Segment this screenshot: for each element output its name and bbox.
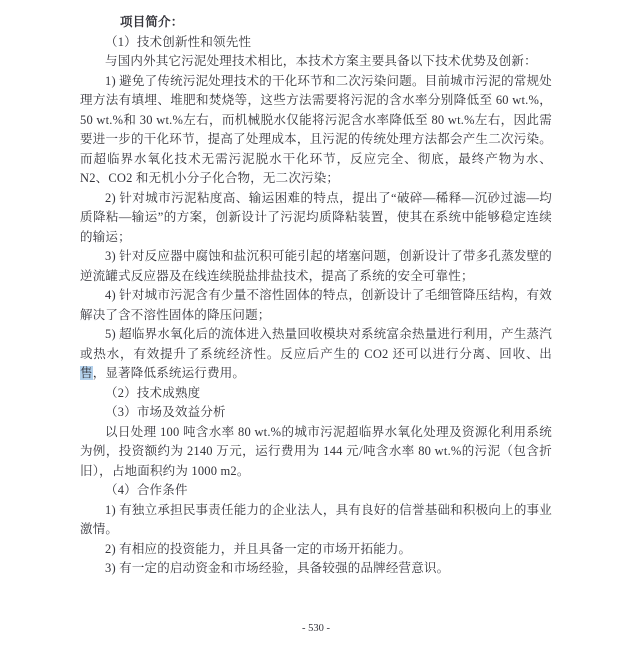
heading-3-market: （3）市场及效益分析	[80, 403, 552, 423]
para-coop-2: 2) 有相应的投资能力，并且具备一定的市场开拓能力。	[80, 540, 552, 560]
doc-title: 项目简介：	[80, 13, 552, 33]
heading-2-maturity: （2）技术成熟度	[80, 384, 552, 404]
document-page: 项目简介： （1）技术创新性和领先性 与国内外其它污泥处理技术相比，本技术方案主…	[0, 0, 632, 664]
para-coop-3: 3) 有一定的启动资金和市场经验，具备较强的品牌经营意识。	[80, 559, 552, 579]
para-item-2: 2) 针对城市污泥粘度高、输运困难的特点，提出了“破碎—稀释—沉砂过滤—均质降粘…	[80, 189, 552, 248]
para-coop-1: 1) 有独立承担民事责任能力的企业法人，具有良好的信誉基础和积极向上的事业激情。	[80, 501, 552, 540]
para-item-4: 4) 针对城市污泥含有少量不溶性固体的特点，创新设计了毛细管降压结构，有效解决了…	[80, 286, 552, 325]
search-highlight: 售	[80, 366, 93, 380]
heading-1-innovation: （1）技术创新性和领先性	[80, 33, 552, 53]
para-item-5-text-after: ，显著降低系统运行费用。	[93, 366, 245, 380]
document-body: 项目简介： （1）技术创新性和领先性 与国内外其它污泥处理技术相比，本技术方案主…	[80, 13, 552, 579]
para-item-5-text-before: 5) 超临界水氧化后的流体进入热量回收模块对系统富余热量进行利用，产生蒸汽或热水…	[80, 327, 552, 361]
heading-4-cooperation: （4）合作条件	[80, 481, 552, 501]
para-item-3: 3) 针对反应器中腐蚀和盐沉积可能引起的堵塞问题，创新设计了带多孔蒸发壁的逆流罐…	[80, 247, 552, 286]
para-market-analysis: 以日处理 100 吨含水率 80 wt.%的城市污泥超临界水氧化处理及资源化利用…	[80, 423, 552, 482]
para-intro: 与国内外其它污泥处理技术相比，本技术方案主要具备以下技术优势及创新：	[80, 52, 552, 72]
para-item-1: 1) 避免了传统污泥处理技术的干化环节和二次污染问题。目前城市污泥的常规处理方法…	[80, 72, 552, 189]
page-number: - 530 -	[0, 622, 632, 636]
para-item-5: 5) 超临界水氧化后的流体进入热量回收模块对系统富余热量进行利用，产生蒸汽或热水…	[80, 325, 552, 384]
